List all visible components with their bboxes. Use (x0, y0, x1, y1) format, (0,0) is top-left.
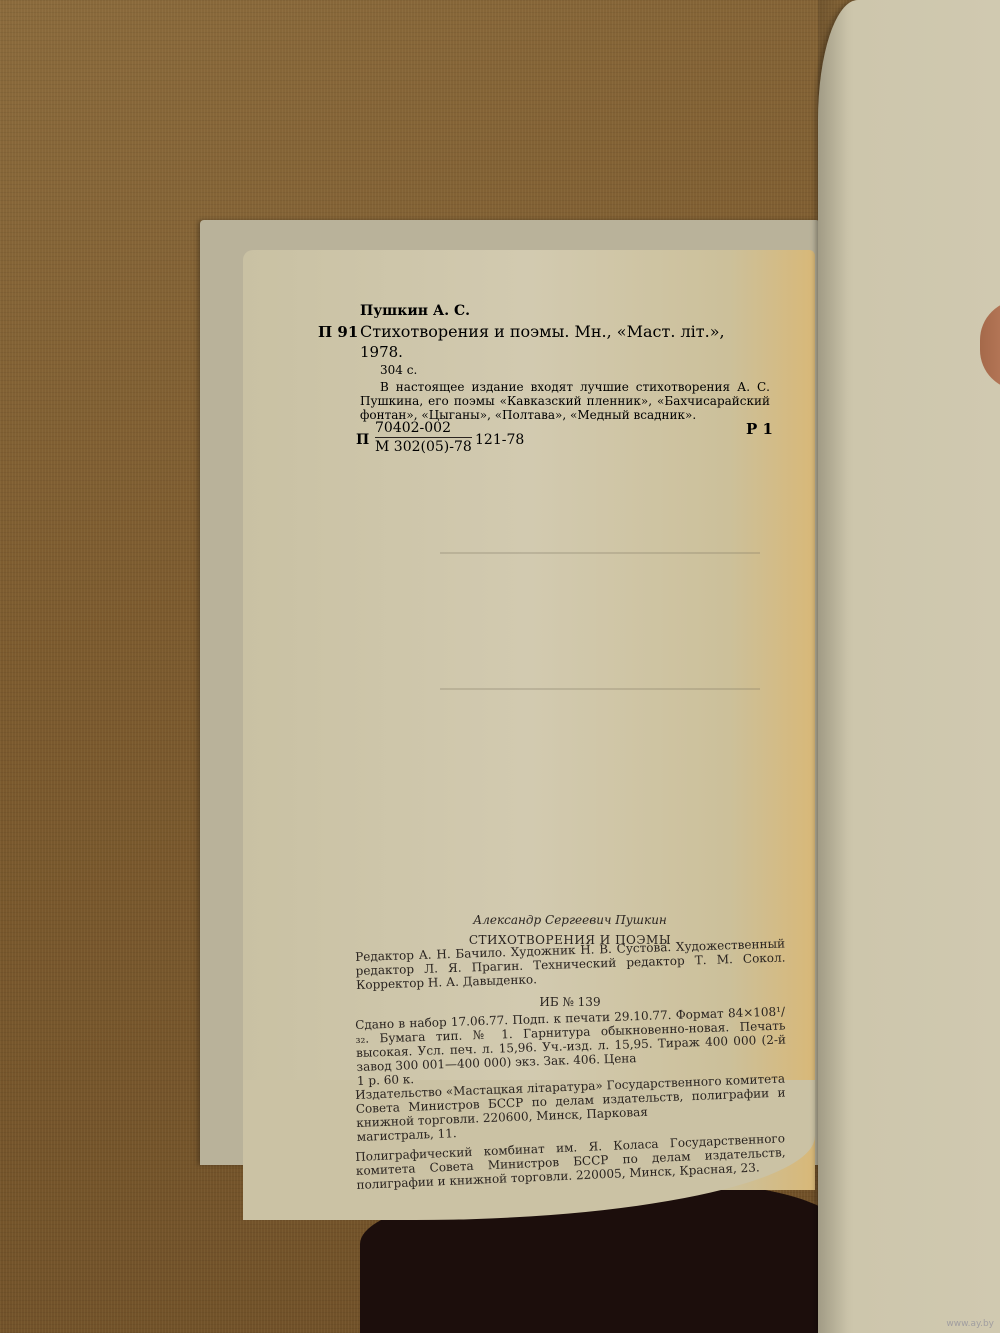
index-denominator: М 302(05)-78 (375, 438, 472, 455)
catalog-author: Пушкин А. С. (360, 303, 470, 319)
emboss-line (440, 552, 760, 554)
catalog-pages: 304 с. (380, 363, 417, 377)
bbk-code: Р 1 (746, 420, 773, 438)
index-suffix: 121-78 (475, 432, 524, 448)
watermark: www.ay.by (946, 1319, 994, 1329)
index-numerator: 70402-002 (375, 420, 472, 438)
catalog-title: Стихотворения и поэмы. Мн., «Маст. літ.»… (360, 322, 725, 341)
index-prefix: П (356, 432, 369, 448)
catalog-year: 1978. (360, 343, 403, 361)
imprint-author: Александр Сергеевич Пушкин (355, 913, 785, 927)
catalog-description: В настоящее издание входят лучшие стихот… (360, 380, 770, 422)
catalog-code: П 91 (318, 323, 358, 341)
emboss-line (440, 688, 760, 690)
thumb (980, 300, 1000, 390)
facing-page (818, 0, 1000, 1333)
index-fraction: 70402-002 М 302(05)-78 (375, 420, 472, 455)
